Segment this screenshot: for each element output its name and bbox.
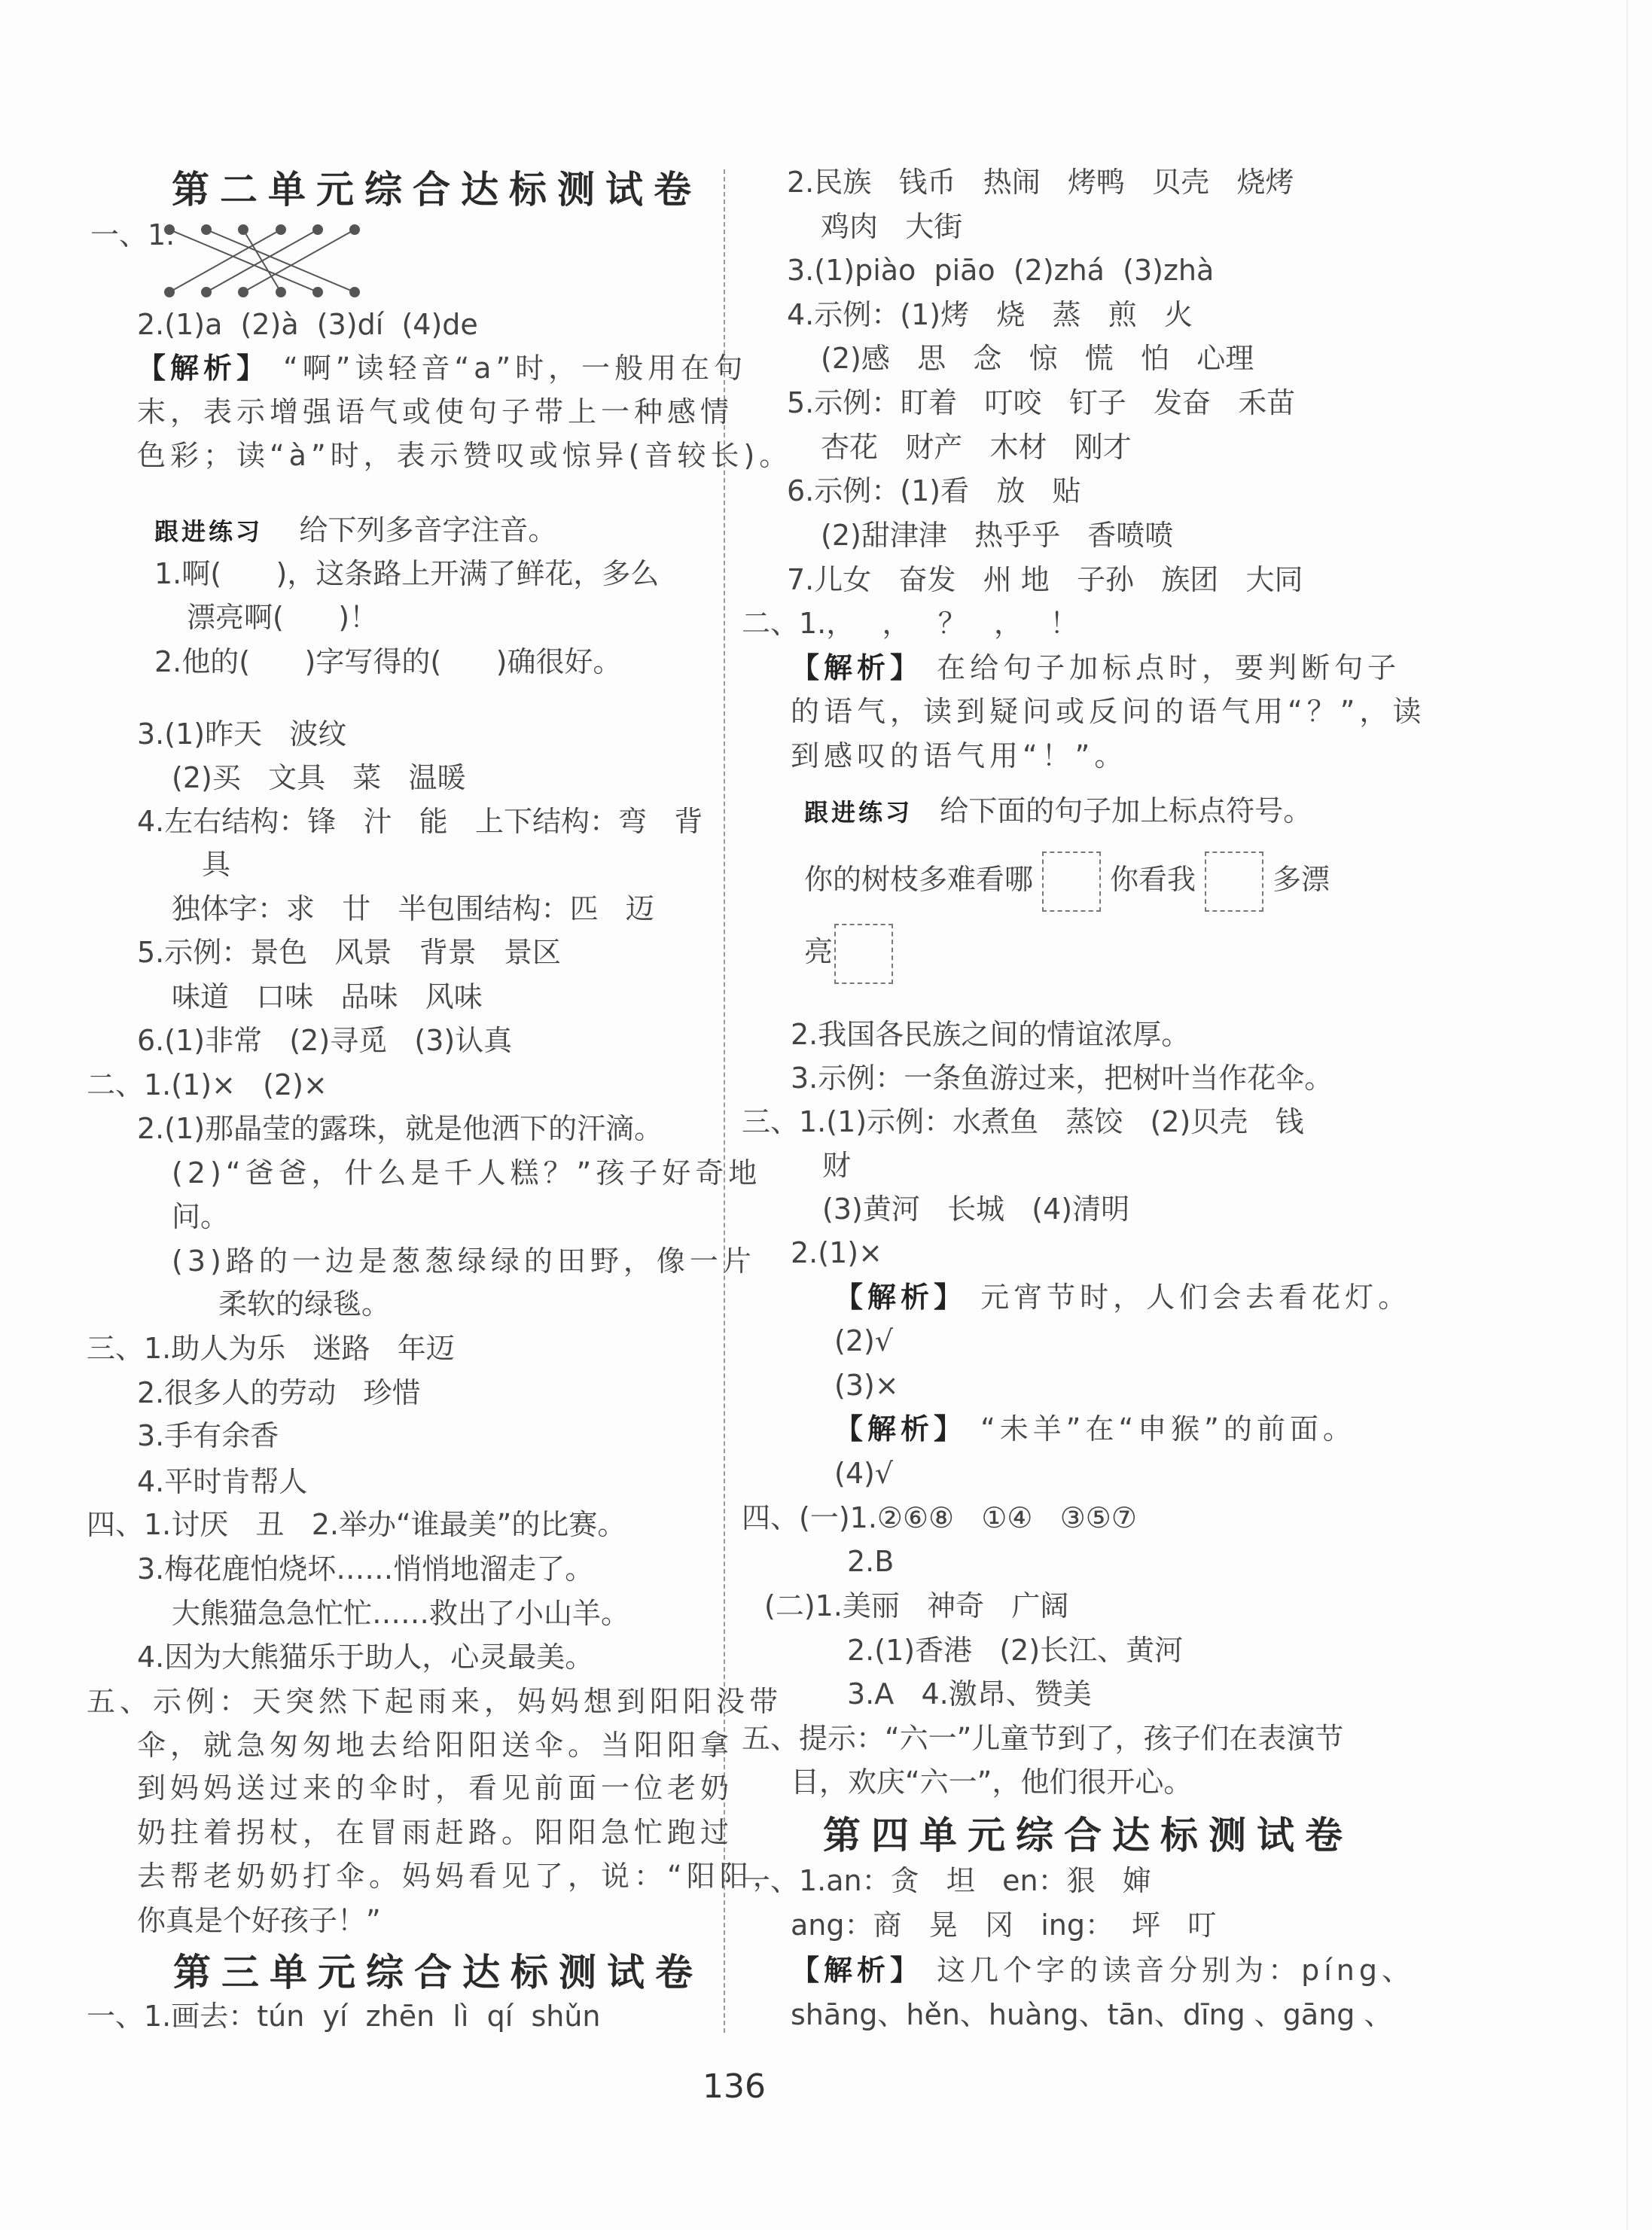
- s1-q3-l2: (2)买 文具 菜 温暖: [172, 760, 466, 796]
- punctuation-blank-3[interactable]: [834, 924, 893, 984]
- s2-q2: 2.(1)那晶莹的露珠，就是他洒下的汗滴。: [137, 1110, 663, 1147]
- u3-q5-l2: 杏花 财产 木材 刚才: [821, 429, 1132, 465]
- u3-s3-q1-l2: 财: [822, 1147, 851, 1184]
- s5-essay-l3: 到妈妈送过来的伞时，看见前面一位老奶: [137, 1770, 733, 1806]
- practice-1-q2: 2.他的( )字写得的( )确很好。: [154, 644, 622, 680]
- u3-s2-q1: 二、1.， ， ？ ， ！: [742, 605, 1078, 641]
- answer-key-page: 第二单元综合达标测试卷 一、1. 2.(1)a (2)à (3)dí (4)de…: [0, 0, 1652, 2230]
- s1-q5-l2: 味道 口味 品味 风味: [172, 979, 483, 1015]
- u3-s3-q2-2: (2)√: [834, 1323, 893, 1359]
- u3-q6-l2: (2)甜津津 热乎乎 香喷喷: [821, 517, 1173, 553]
- matching-lines-diagram: [162, 222, 373, 305]
- s4-q4: 4.因为大熊猫乐于助人，心灵最美。: [137, 1639, 593, 1675]
- s2-q2-l3: 问。: [172, 1199, 229, 1235]
- u3-s2-q2: 2.我国各民族之间的情谊浓厚。: [791, 1016, 1190, 1053]
- u3-s3-q2-analysis-3: 【解析】 “未羊”在“申猴”的前面。: [834, 1411, 1356, 1447]
- s5-essay: 五、示例：天突然下起雨来，妈妈想到阳阳没带: [87, 1683, 782, 1720]
- s1-q2-analysis-l3: 色彩；读“à”时，表示赞叹或惊异(音较长)。: [137, 437, 792, 474]
- punctuation-blank-2[interactable]: [1205, 851, 1263, 912]
- u4-analysis-l2: shāng、hěn、huàng、tān、dīng 、gāng 、: [791, 1997, 1393, 2033]
- s1-q4: 4.左右结构：锋 汁 能 上下结构：弯 背: [137, 803, 703, 839]
- u3-s4-1-q2: 2.B: [847, 1543, 894, 1580]
- u3-s1-q1: 一、1.画去：tún yí zhēn lì qí shǔn: [87, 1998, 601, 2034]
- s5-essay-l5: 去帮老奶奶打伞。妈妈看见了，说：“阳阳，: [137, 1858, 786, 1894]
- u3-s3-q2-analysis-1: 【解析】 元宵节时，人们会去看花灯。: [834, 1279, 1411, 1315]
- u3-s4-2-q1: (二)1.美丽 神奇 广阔: [764, 1588, 1068, 1624]
- u3-s4-1-q1: 四、(一)1.②⑥⑧ ①④ ③⑤⑦: [742, 1500, 1137, 1536]
- u4-analysis: 【解析】 这几个字的读音分别为：píng、: [791, 1952, 1415, 1988]
- s2-q2-l4: (3)路的一边是葱葱绿绿的田野，像一片: [172, 1243, 756, 1279]
- page-number: 136: [703, 2067, 766, 2106]
- analysis-tag: 【解析】: [791, 1953, 923, 1987]
- s3-q4: 4.平时肯帮人: [137, 1464, 307, 1500]
- analysis-tag: 【解析】: [137, 351, 270, 385]
- practice-tag: 跟进练习: [804, 798, 913, 827]
- s1-q5: 5.示例：景色 风景 背景 景区: [137, 934, 561, 970]
- s2-q2-l5: 柔软的绿毯。: [218, 1286, 390, 1322]
- analysis-tag: 【解析】: [834, 1412, 967, 1446]
- practice-tag: 跟进练习: [154, 517, 263, 546]
- s4-q3: 3.梅花鹿怕烧坏……悄悄地溜走了。: [137, 1551, 593, 1587]
- u3-s3-q1-l3: (3)黄河 长城 (4)清明: [822, 1191, 1129, 1227]
- s1-q4-l2: 具: [202, 846, 230, 882]
- u3-q4-l2: (2)感 思 念 惊 慌 怕 心理: [821, 340, 1254, 376]
- u4-s1-q1: 一、1.an：贪 坦 en：狠 婶: [742, 1863, 1151, 1899]
- s3-q3: 3.手有余香: [137, 1418, 279, 1454]
- u3-s2-analysis-l2: 的语气，读到疑问或反问的语气用“？”，读: [791, 693, 1425, 730]
- practice-2-sentence: 你的树枝多难看哪你看我多漂: [804, 849, 1330, 912]
- s1-q2-answer: 2.(1)a (2)à (3)dí (4)de: [137, 306, 478, 343]
- s1-q2-analysis-l2: 末，表示增强语气或使句子带上一种感情: [137, 394, 733, 430]
- s5-essay-l4: 奶拄着拐杖，在冒雨赶路。阳阳急忙跑过: [137, 1814, 733, 1851]
- unit3-title: 第三单元综合达标测试卷: [173, 1950, 703, 1995]
- u3-q4: 4.示例：(1)烤 烧 蒸 煎 火: [787, 297, 1193, 333]
- punctuation-blank-1[interactable]: [1042, 851, 1101, 912]
- u3-s5-l2: 目，欢庆“六一”，他们很开心。: [791, 1764, 1192, 1800]
- practice-1-q1: 1.啊( )，这条路上开满了鲜花，多么: [154, 556, 659, 592]
- u3-s3-q2-3: (3)×: [834, 1367, 899, 1403]
- u3-q6: 6.示例：(1)看 放 贴: [787, 473, 1081, 509]
- u3-q7: 7.儿女 奋发 州 地 子孙 族团 大同: [787, 562, 1303, 598]
- u3-q5: 5.示例：盯着 叮咬 钉子 发奋 禾苗: [787, 385, 1295, 421]
- u3-q3: 3.(1)piào piāo (2)zhá (3)zhà: [787, 252, 1214, 288]
- s3-q2: 2.很多人的劳动 珍惜: [137, 1375, 421, 1411]
- u3-s2-analysis: 【解析】 在给句子加标点时，要判断句子: [791, 650, 1401, 686]
- s4-q3-l2: 大熊猫急急忙忙……救出了小山羊。: [172, 1595, 629, 1631]
- s5-essay-l2: 伞，就急匆匆地去给阳阳送伞。当阳阳拿: [137, 1727, 733, 1763]
- unit4-title: 第四单元综合达标测试卷: [823, 1813, 1353, 1858]
- u3-s3-q1: 三、1.(1)示例：水煮鱼 蒸饺 (2)贝壳 钱: [742, 1104, 1304, 1140]
- practice-2-sentence-l2: 亮: [804, 922, 902, 984]
- s1-q4-l3: 独体字：求 廿 半包围结构：匹 迈: [172, 891, 654, 927]
- unit2-title: 第二单元综合达标测试卷: [172, 167, 702, 212]
- s3-q1: 三、1.助人为乐 迷路 年迈: [87, 1330, 455, 1366]
- u3-s3-q2-4: (4)√: [834, 1455, 893, 1491]
- u3-s3-q2-1: 2.(1)×: [791, 1235, 882, 1271]
- u3-s2-analysis-l3: 到感叹的语气用“！”。: [791, 738, 1127, 774]
- page-edge: [1626, 0, 1628, 2230]
- u3-s4-2-q3: 3.A 4.激昂、赞美: [847, 1676, 1092, 1712]
- s5-essay-l6: 你真是个好孩子！”: [137, 1903, 381, 1939]
- u3-s2-q3: 3.示例：一条鱼游过来，把树叶当作花伞。: [791, 1060, 1333, 1096]
- analysis-tag: 【解析】: [791, 650, 923, 684]
- u3-s4-2-q2: 2.(1)香港 (2)长江、黄河: [847, 1632, 1183, 1668]
- u3-q2-l2: 鸡肉 大街: [821, 209, 962, 245]
- u3-s5: 五、提示：“六一”儿童节到了，孩子们在表演节: [742, 1720, 1343, 1756]
- u4-s1-q1-l2: ang：商 晃 冈 ing： 坪 叮: [791, 1907, 1216, 1943]
- analysis-tag: 【解析】: [834, 1280, 967, 1314]
- s2-q1: 二、1.(1)× (2)×: [87, 1067, 328, 1103]
- s2-q2-l2: (2)“爸爸，什么是千人糕？”孩子好奇地: [172, 1155, 761, 1191]
- s1-q6: 6.(1)非常 (2)寻觅 (3)认真: [137, 1022, 512, 1059]
- practice-1-q1-l2: 漂亮啊( )！: [187, 599, 378, 635]
- u3-q2: 2.民族 钱币 热闹 烤鸭 贝壳 烧烤: [787, 164, 1294, 200]
- practice-1: 跟进练习 给下列多音字注音。: [154, 512, 556, 550]
- practice-2: 跟进练习 给下面的句子加上标点符号。: [804, 793, 1312, 830]
- s1-q2-analysis: 【解析】 “啊”读轻音“a”时，一般用在句: [137, 350, 747, 386]
- s4-q1: 四、1.讨厌 丑 2.举办“谁最美”的比赛。: [87, 1506, 626, 1543]
- s1-q3: 3.(1)昨天 波纹: [137, 716, 346, 752]
